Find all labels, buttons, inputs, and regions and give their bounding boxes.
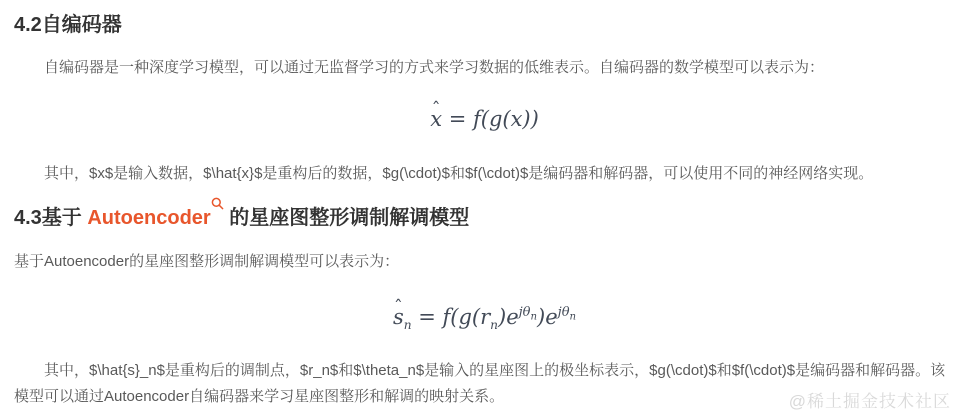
search-icon[interactable]: [211, 197, 224, 210]
para-notation-1: 其中，$x$是输入数据，$\hat{x}$是重构后的数据，$g(\cdot)$和…: [14, 161, 955, 187]
math-s-hat: sˆ: [393, 299, 404, 335]
keyword-link-autoencoder[interactable]: Autoencoder: [87, 207, 223, 229]
article-page: 4.2自编码器 自编码器是一种深度学习模型，可以通过无监督学习的方式来学习数据的…: [0, 0, 969, 418]
formula-constellation: sˆn = f(g(rn)ejθn)ejθn: [14, 299, 955, 335]
math-exponent: jθn: [519, 305, 537, 320]
heading-4-3: 4.3基于 Autoencoder 的星座图整形调制解调模型: [14, 204, 955, 232]
math-x-hat: xˆ: [430, 102, 442, 136]
heading-suffix: 的星座图整形调制解调模型: [224, 207, 470, 229]
math-exponent: jθn: [558, 305, 576, 320]
heading-4-2: 4.2自编码器: [14, 12, 955, 38]
heading-prefix: 4.3基于: [14, 207, 87, 229]
watermark: @稀土掘金技术社区: [789, 387, 951, 412]
formula-autoencoder: xˆ = f(g(x)): [14, 102, 955, 136]
para-model-intro: 基于Autoencoder的星座图整形调制解调模型可以表示为：: [14, 249, 955, 275]
math-rhs: = f(g(x)): [442, 107, 539, 131]
para-autoencoder-intro: 自编码器是一种深度学习模型，可以通过无监督学习的方式来学习数据的低维表示。自编码…: [14, 55, 955, 81]
